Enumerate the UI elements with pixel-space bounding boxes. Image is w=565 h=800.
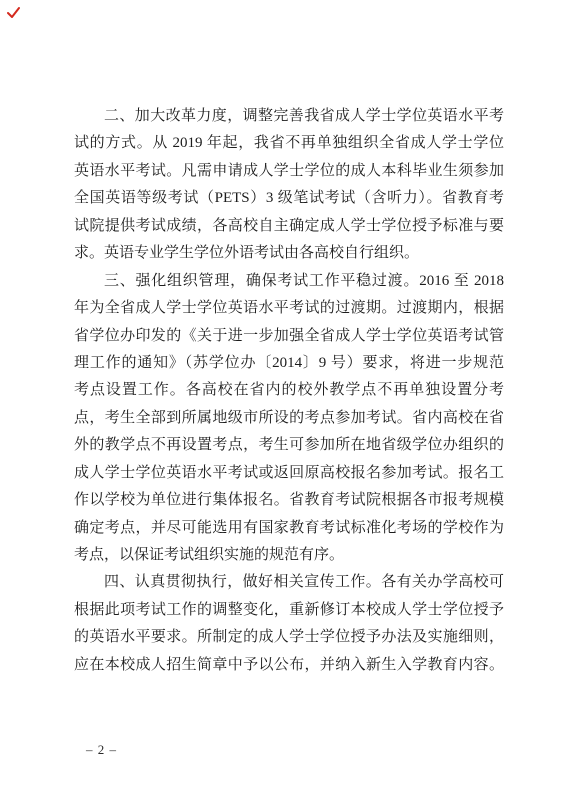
text-line: 成人学士学位英语水平考试或返回原高校报名参加考试。报名工 — [74, 460, 504, 487]
text-line: 二、加大改革力度，调整完善我省成人学士学位英语水平考 — [74, 103, 504, 130]
page-number: – 2 – — [86, 742, 117, 758]
text-line: 省学位办印发的《关于进一步加强全省成人学士学位英语考试管 — [74, 323, 504, 350]
text-line: 外的教学点不再设置考点，考生可参加所在地省级学位办组织的 — [74, 432, 504, 459]
text-line: 年为全省成人学士学位英语水平考试的过渡期。过渡期内，根据 — [74, 295, 504, 322]
text-line: 三、强化组织管理，确保考试工作平稳过渡。2016 至 2018 — [74, 268, 504, 295]
red-check-mark — [7, 6, 20, 19]
text-line: 英语水平考试。凡需申请成人学士学位的成人本科毕业生须参加 — [74, 158, 504, 185]
text-line: 考点设置工作。各高校在省内的校外教学点不再单独设置分考 — [74, 377, 504, 404]
text-line: 理工作的通知》（苏学位办〔2014〕9 号）要求，将进一步规范 — [74, 350, 504, 377]
text-line: 求。英语专业学生学位外语考试由各高校自行组织。 — [74, 240, 504, 267]
text-line: 应在本校成人招生简章中予以公布，并纳入新生入学教育内容。 — [74, 652, 504, 679]
text-line: 试的方式。从 2019 年起，我省不再单独组织全省成人学士学位 — [74, 130, 504, 157]
paragraph-4: 四、认真贯彻执行，做好相关宣传工作。各有关办学高校可 根据此项考试工作的调整变化… — [74, 569, 504, 679]
text-line: 根据此项考试工作的调整变化，重新修订本校成人学士学位授予 — [74, 597, 504, 624]
text-line: 试院提供考试成绩，各高校自主确定成人学士学位授予标准与要 — [74, 213, 504, 240]
text-line: 确定考点，并尽可能选用有国家教育考试标准化考场的学校作为 — [74, 515, 504, 542]
document-page: 二、加大改革力度，调整完善我省成人学士学位英语水平考 试的方式。从 2019 年… — [0, 0, 565, 800]
document-body: 二、加大改革力度，调整完善我省成人学士学位英语水平考 试的方式。从 2019 年… — [74, 103, 504, 679]
paragraph-2: 二、加大改革力度，调整完善我省成人学士学位英语水平考 试的方式。从 2019 年… — [74, 103, 504, 268]
text-line: 作以学校为单位进行集体报名。省教育考试院根据各市报考规模 — [74, 487, 504, 514]
text-line: 的英语水平要求。所制定的成人学士学位授予办法及实施细则， — [74, 624, 504, 651]
text-line: 四、认真贯彻执行，做好相关宣传工作。各有关办学高校可 — [74, 569, 504, 596]
text-line: 考点，以保证考试组织实施的规范有序。 — [74, 542, 504, 569]
paragraph-3: 三、强化组织管理，确保考试工作平稳过渡。2016 至 2018 年为全省成人学士… — [74, 268, 504, 570]
text-line: 点，考生全部到所属地级市所设的考点参加考试。省内高校在省 — [74, 405, 504, 432]
text-line: 全国英语等级考试（PETS）3 级笔试考试（含听力）。省教育考 — [74, 185, 504, 212]
